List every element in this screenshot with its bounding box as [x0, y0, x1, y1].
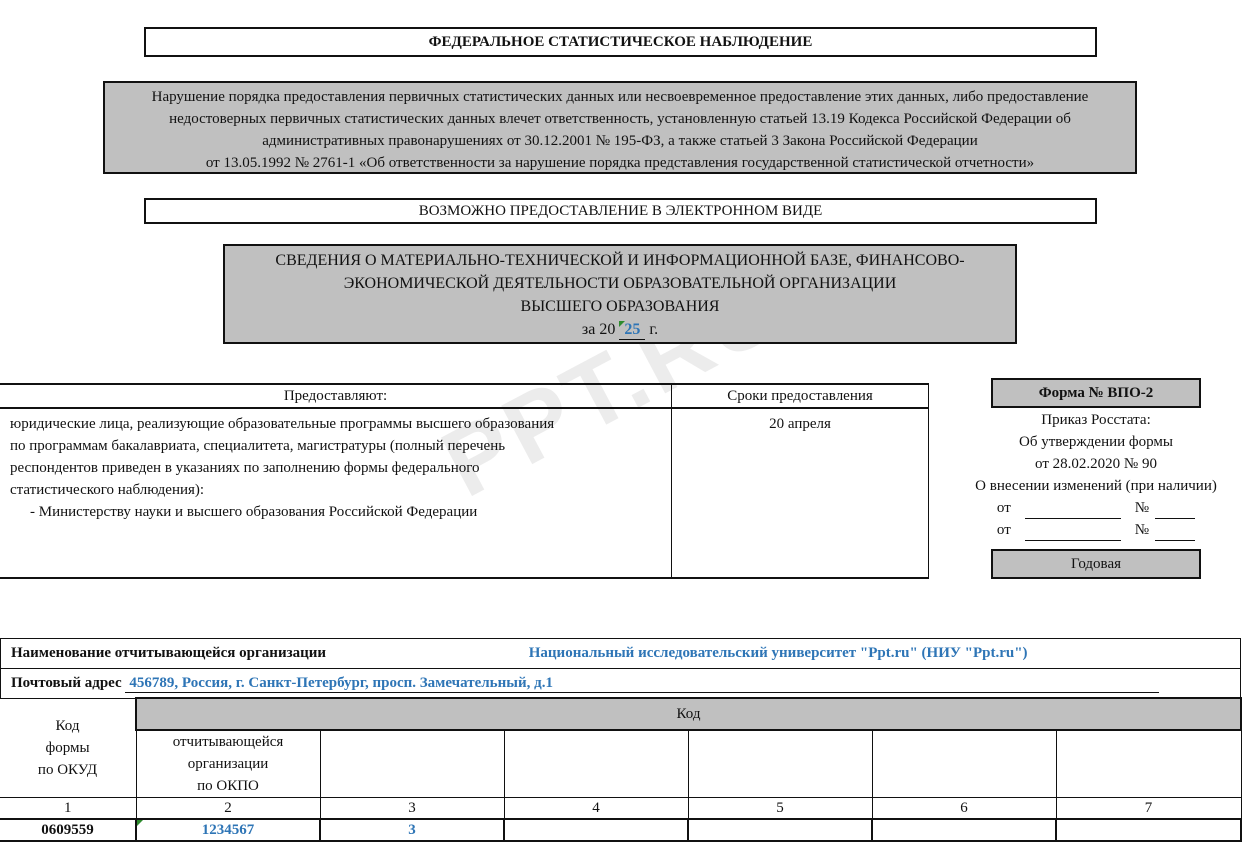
codes-table: Код формы по ОКУД Код отчитывающейся орг…	[0, 697, 1242, 842]
column-number: 5	[688, 798, 872, 820]
okpo-code-value: 1234567	[202, 822, 255, 838]
provider-line: респондентов приведен в указаниях по зап…	[10, 457, 661, 479]
from-label: от	[997, 519, 1011, 541]
code-header-6	[872, 730, 1056, 798]
organization-table: Наименование отчитывающейся организации …	[0, 638, 1241, 699]
providers-table: Предоставляют: Сроки предоставления юрид…	[0, 383, 929, 579]
code-cell-6[interactable]	[872, 819, 1056, 841]
electronic-submission-banner: ВОЗМОЖНО ПРЕДОСТАВЛЕНИЕ В ЭЛЕКТРОННОМ ВИ…	[144, 198, 1097, 224]
okud-header: Код формы по ОКУД	[0, 698, 136, 798]
amendment-number-field[interactable]	[1155, 502, 1195, 519]
code-cell-5[interactable]	[688, 819, 872, 841]
kod-header: Код	[136, 698, 1241, 730]
amendment-date-field[interactable]	[1025, 524, 1121, 541]
warning-line: недостоверных первичных статистических д…	[105, 108, 1135, 130]
column-number: 3	[320, 798, 504, 820]
number-label: №	[1135, 519, 1149, 541]
okpo-header: отчитывающейся организации по ОКПО	[136, 730, 320, 798]
deadline-cell: 20 апреля	[672, 408, 929, 578]
column-number: 7	[1056, 798, 1241, 820]
cell-marker-icon	[137, 820, 143, 826]
order-line: Приказ Росстата:	[960, 409, 1232, 431]
form-number: Форма № ВПО-2	[991, 378, 1201, 408]
amendment-number-field[interactable]	[1155, 524, 1195, 541]
from-label: от	[997, 497, 1011, 519]
code-cell-7[interactable]	[1056, 819, 1241, 841]
okud-code-cell[interactable]: 0609559	[0, 819, 136, 841]
order-line: Об утверждении формы	[960, 431, 1232, 453]
provider-line: юридические лица, реализующие образовате…	[10, 413, 661, 435]
recipient: - Министерству науки и высшего образован…	[10, 501, 661, 523]
providers-cell: юридические лица, реализующие образовате…	[0, 408, 672, 578]
year-prefix: за 20	[582, 321, 615, 338]
cell-marker-icon	[619, 321, 625, 327]
okud-header-line: по ОКУД	[0, 759, 135, 781]
amendment-date-field[interactable]	[1025, 502, 1121, 519]
okpo-code-cell[interactable]: 1234567	[136, 819, 320, 841]
warning-line: Нарушение порядка предоставления первичн…	[105, 86, 1135, 108]
providers-header: Предоставляют:	[0, 384, 672, 408]
address-row: Почтовый адрес 456789, Россия, г. Санкт-…	[1, 669, 1241, 699]
code-header-7	[1056, 730, 1241, 798]
warning-line: административных правонарушениях от 30.1…	[105, 130, 1135, 152]
okud-header-line: Код	[0, 715, 135, 737]
code-header-5	[688, 730, 872, 798]
federal-observation-banner: ФЕДЕРАЛЬНОЕ СТАТИСТИЧЕСКОЕ НАБЛЮДЕНИЕ	[144, 27, 1097, 57]
okud-header-line: формы	[0, 737, 135, 759]
title-line: ВЫСШЕГО ОБРАЗОВАНИЯ	[225, 295, 1015, 318]
deadline-header: Сроки предоставления	[672, 384, 929, 408]
address-label: Почтовый адрес	[11, 675, 122, 691]
order-line: О внесении изменений (при наличии)	[960, 475, 1232, 497]
reporting-period: Годовая	[991, 549, 1201, 579]
warning-line: от 13.05.1992 № 2761-1 «Об ответственнос…	[105, 152, 1135, 174]
year-input[interactable]: 25	[619, 321, 645, 340]
code-cell-3[interactable]: 3	[320, 819, 504, 841]
column-number: 1	[0, 798, 136, 820]
code-header-4	[504, 730, 688, 798]
year-line: за 20 25 г.	[225, 318, 1015, 341]
org-name-value[interactable]: Национальный исследовательский университ…	[529, 645, 1028, 661]
number-label: №	[1135, 497, 1149, 519]
title-line: СВЕДЕНИЯ О МАТЕРИАЛЬНО-ТЕХНИЧЕСКОЙ И ИНФ…	[225, 249, 1015, 272]
order-line: от 28.02.2020 № 90	[960, 453, 1232, 475]
code-header-3	[320, 730, 504, 798]
provider-line: статистического наблюдения):	[10, 479, 661, 501]
order-info: Приказ Росстата: Об утверждении формы от…	[960, 409, 1232, 541]
amendment-row: от №	[960, 519, 1232, 541]
year-suffix: г.	[649, 321, 658, 338]
org-name-row: Наименование отчитывающейся организации …	[1, 639, 1241, 669]
okpo-header-line: по ОКПО	[137, 775, 320, 797]
form-title: СВЕДЕНИЯ О МАТЕРИАЛЬНО-ТЕХНИЧЕСКОЙ И ИНФ…	[223, 244, 1017, 344]
column-number: 6	[872, 798, 1056, 820]
okpo-header-line: организации	[137, 753, 320, 775]
year-value: 25	[624, 321, 640, 338]
deadline-value: 20 апреля	[672, 409, 928, 435]
title-line: ЭКОНОМИЧЕСКОЙ ДЕЯТЕЛЬНОСТИ ОБРАЗОВАТЕЛЬН…	[225, 272, 1015, 295]
org-name-label: Наименование отчитывающейся организации	[11, 645, 525, 662]
code-cell-4[interactable]	[504, 819, 688, 841]
amendment-row: от №	[960, 497, 1232, 519]
provider-line: по программам бакалавриата, специалитета…	[10, 435, 661, 457]
column-number: 4	[504, 798, 688, 820]
legal-warning: Нарушение порядка предоставления первичн…	[103, 81, 1137, 174]
column-number: 2	[136, 798, 320, 820]
okpo-header-line: отчитывающейся	[137, 731, 320, 753]
address-value[interactable]: 456789, Россия, г. Санкт-Петербург, прос…	[125, 675, 1159, 693]
